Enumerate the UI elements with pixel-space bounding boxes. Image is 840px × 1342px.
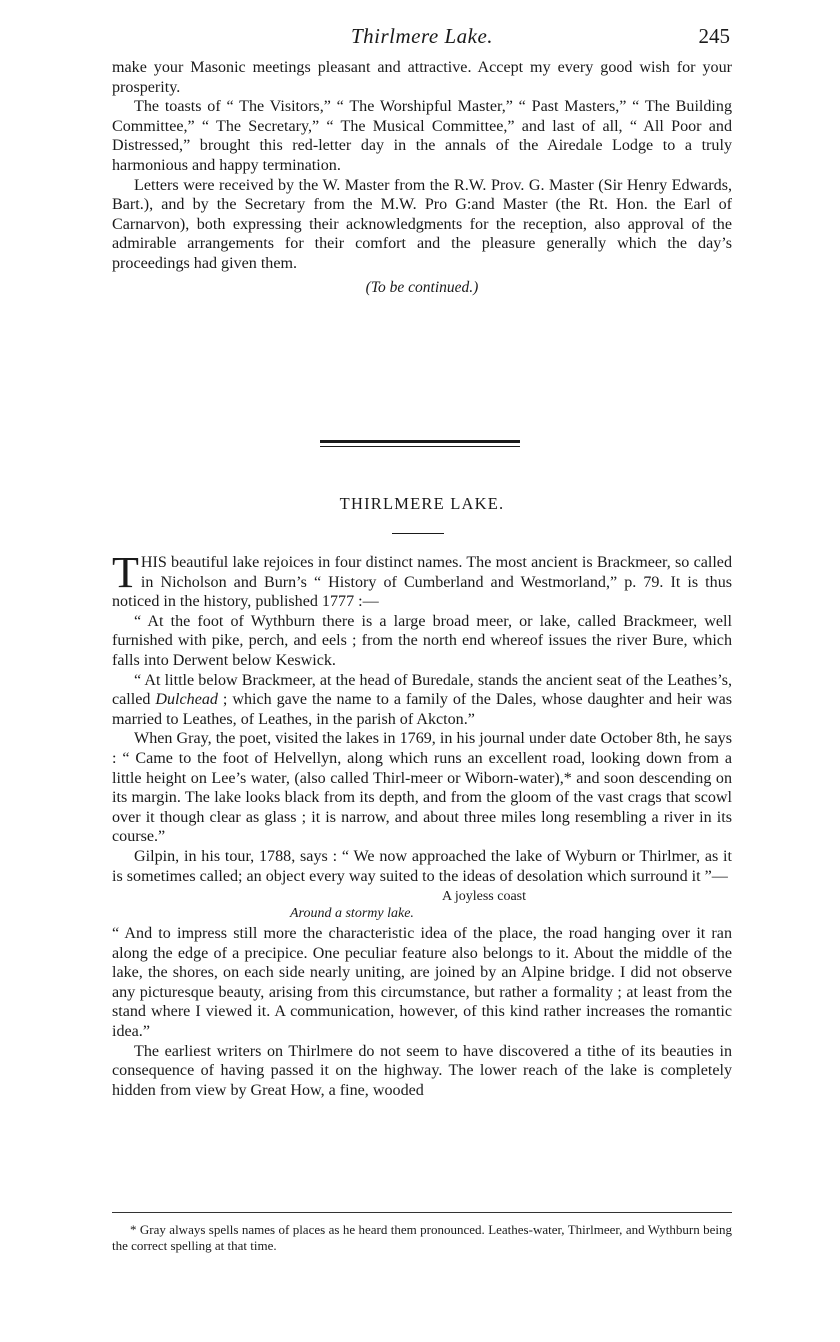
place-name-italic: Dulchead <box>155 691 218 708</box>
paragraph: Letters were received by the W. Master f… <box>112 176 732 274</box>
paragraph: The toasts of “ The Visitors,” “ The Wor… <box>112 97 732 175</box>
article-body: THIS beautiful lake rejoices in four dis… <box>112 553 732 1100</box>
title-underline-rule <box>392 533 444 534</box>
page-number: 245 <box>699 24 731 49</box>
footnote: * Gray always spells names of places as … <box>112 1222 732 1254</box>
quote-paragraph: “ At the foot of Wythburn there is a lar… <box>112 612 732 671</box>
footnote-text: * Gray always spells names of places as … <box>112 1222 732 1254</box>
verse-line: Around a stormy lake. <box>112 905 732 922</box>
verse-line: A joyless coast <box>112 888 732 905</box>
gilpin-paragraph: Gilpin, in his tour, 1788, says : “ We n… <box>112 847 732 886</box>
article-title: THIRLMERE LAKE. <box>112 494 732 514</box>
divider-thick-line <box>320 440 520 443</box>
section-divider <box>320 440 520 447</box>
quote-paragraph: “ At little below Brackmeer, at the head… <box>112 671 732 730</box>
opening-text: HIS beautiful lake rejoices in four dist… <box>112 554 732 610</box>
opening-paragraph: THIS beautiful lake rejoices in four dis… <box>112 553 732 612</box>
drop-cap: T <box>112 555 139 591</box>
paragraph: make your Masonic meetings pleasant and … <box>112 58 732 97</box>
previous-article-end: make your Masonic meetings pleasant and … <box>112 58 732 297</box>
running-title: Thirlmere Lake. <box>112 24 732 49</box>
verse-quote: A joyless coast Around a stormy lake. <box>112 888 732 922</box>
final-paragraph: The earliest writers on Thirlmere do not… <box>112 1042 732 1101</box>
gray-paragraph: When Gray, the poet, visited the lakes i… <box>112 729 732 847</box>
to-be-continued-note: (To be continued.) <box>112 278 732 298</box>
running-head: Thirlmere Lake. 245 <box>112 22 732 52</box>
continuation-paragraph: “ And to impress still more the characte… <box>112 924 732 1042</box>
footnote-rule <box>112 1212 732 1213</box>
divider-thin-line <box>320 446 520 447</box>
